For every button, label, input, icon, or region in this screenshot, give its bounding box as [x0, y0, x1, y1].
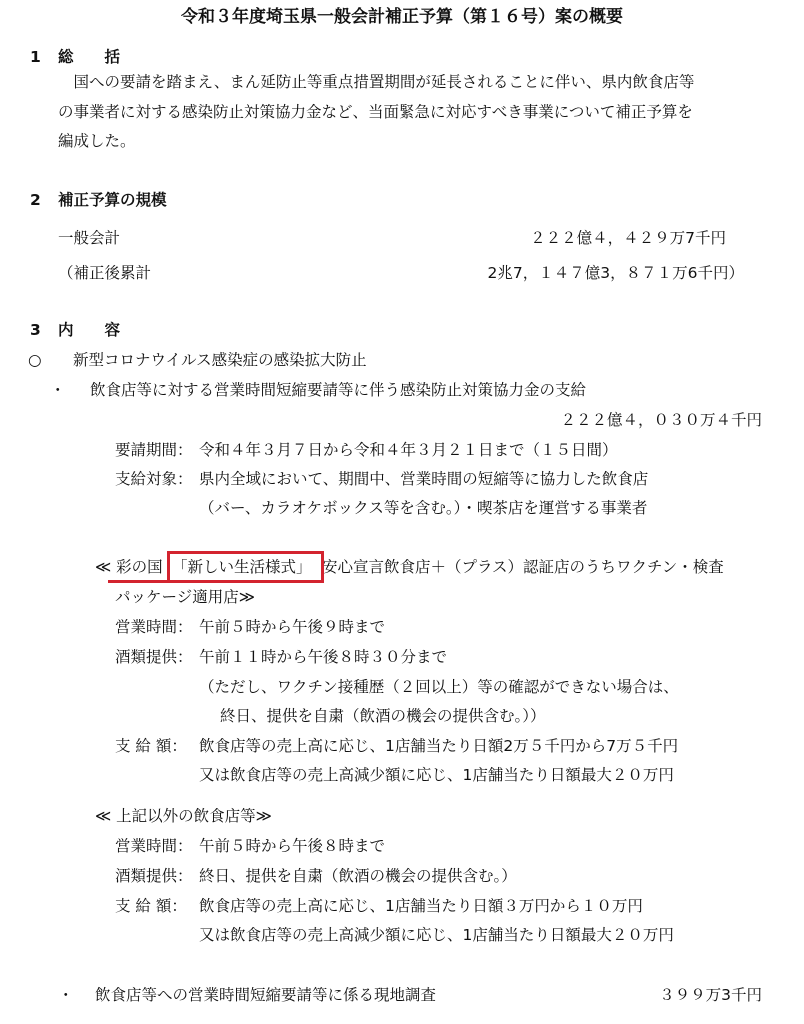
category-label: 新型コロナウイルス感染症の感染拡大防止: [73, 350, 367, 370]
page-title: 令和３年度埼玉県一般会計補正予算（第１６号）案の概要: [0, 7, 804, 27]
section-2-number: 2: [30, 190, 41, 210]
group-a-hours-value: 午前５時から午後９時まで: [199, 617, 385, 637]
group-b-hours-label: 営業時間：: [115, 836, 193, 856]
group-b-alcohol-label: 酒類提供：: [115, 866, 193, 886]
group-a-payment-label: 支 給 額：: [115, 736, 187, 756]
red-highlight-box: [167, 551, 324, 583]
budget-row-value: 2兆7，１４７億3，８７１万6千円）: [488, 263, 744, 283]
section-1-heading: 総 括: [58, 47, 120, 67]
group-a-alcohol-note: （ただし、ワクチン接種歴（２回以上）等の確認ができない場合は、: [199, 677, 679, 697]
section-3-number: 3: [30, 320, 41, 340]
group-b-hours-value: 午前５時から午後８時まで: [199, 836, 385, 856]
group-b-head: ≪ 上記以外の飲食店等≫: [95, 806, 272, 826]
item-1-label: 飲食店等に対する営業時間短縮要請等に伴う感染防止対策協力金の支給: [90, 380, 586, 400]
item-1-amount: ２２２億４，０３０万４千円: [560, 410, 762, 430]
item-2-label: 飲食店等への営業時間短縮要請等に係る現地調査: [95, 985, 436, 1005]
group-b-payment-label: 支 給 額：: [115, 896, 187, 916]
item-2-amount: ３９９万3千円: [659, 985, 762, 1005]
group-a-hours-label: 営業時間：: [115, 617, 193, 637]
group-a-payment-value: 飲食店等の売上高に応じ、1店舗当たり日額2万５千円から7万５千円: [199, 736, 678, 756]
target-label: 支給対象：: [115, 469, 193, 489]
group-a-alcohol-value: 午前１１時から午後８時３０分まで: [199, 647, 447, 667]
group-a-head-prefix: ≪ 彩の国: [95, 557, 163, 577]
section-3-heading: 内 容: [58, 320, 120, 340]
budget-row-value: ２２２億４，４２９万7千円: [530, 228, 726, 248]
section-1-number: 1: [30, 47, 41, 67]
section-1-paragraph-line: 国への要請を踏まえ、まん延防止等重点措置期間が延長されることに伴い、県内飲食店等: [58, 72, 694, 92]
item-bullet: ・: [50, 380, 66, 400]
group-a-alcohol-note: 終日、提供を自粛（飲酒の機会の提供含む。））: [220, 706, 546, 726]
group-a-alcohol-label: 酒類提供：: [115, 647, 193, 667]
category-marker: ○: [28, 350, 42, 370]
group-b-payment-value: 又は飲食店等の売上高減少額に応じ、1店舗当たり日額最大２０万円: [199, 925, 674, 945]
group-b-payment-value: 飲食店等の売上高に応じ、1店舗当たり日額３万円から１０万円: [199, 896, 643, 916]
period-value: 令和４年３月７日から令和４年３月２１日まで（１５日間）: [199, 440, 618, 460]
group-a-payment-value: 又は飲食店等の売上高減少額に応じ、1店舗当たり日額最大２０万円: [199, 765, 674, 785]
group-b-alcohol-value: 終日、提供を自粛（飲酒の機会の提供含む。）: [199, 866, 517, 886]
red-underline: [108, 580, 169, 583]
item-bullet: ・: [58, 985, 74, 1005]
target-value-continued: （バー、カラオケボックス等を含む。）・喫茶店を運営する事業者: [199, 498, 647, 518]
section-1-paragraph-line: の事業者に対する感染防止対策協力金など、当面緊急に対応すべき事業について補正予算…: [58, 102, 693, 122]
period-label: 要請期間：: [115, 440, 193, 460]
budget-row-label: 一般会計: [58, 228, 120, 248]
section-1-paragraph-line: 編成した。: [58, 131, 136, 151]
group-a-head-line2: パッケージ適用店≫: [115, 587, 255, 607]
target-value: 県内全域において、期間中、営業時間の短縮等に協力した飲食店: [199, 469, 648, 489]
budget-row-label: （補正後累計: [58, 263, 151, 283]
group-a-head-suffix: 安心宣言飲食店＋（プラス）認証店のうちワクチン・検査: [322, 557, 724, 577]
section-2-heading: 補正予算の規模: [58, 190, 167, 210]
